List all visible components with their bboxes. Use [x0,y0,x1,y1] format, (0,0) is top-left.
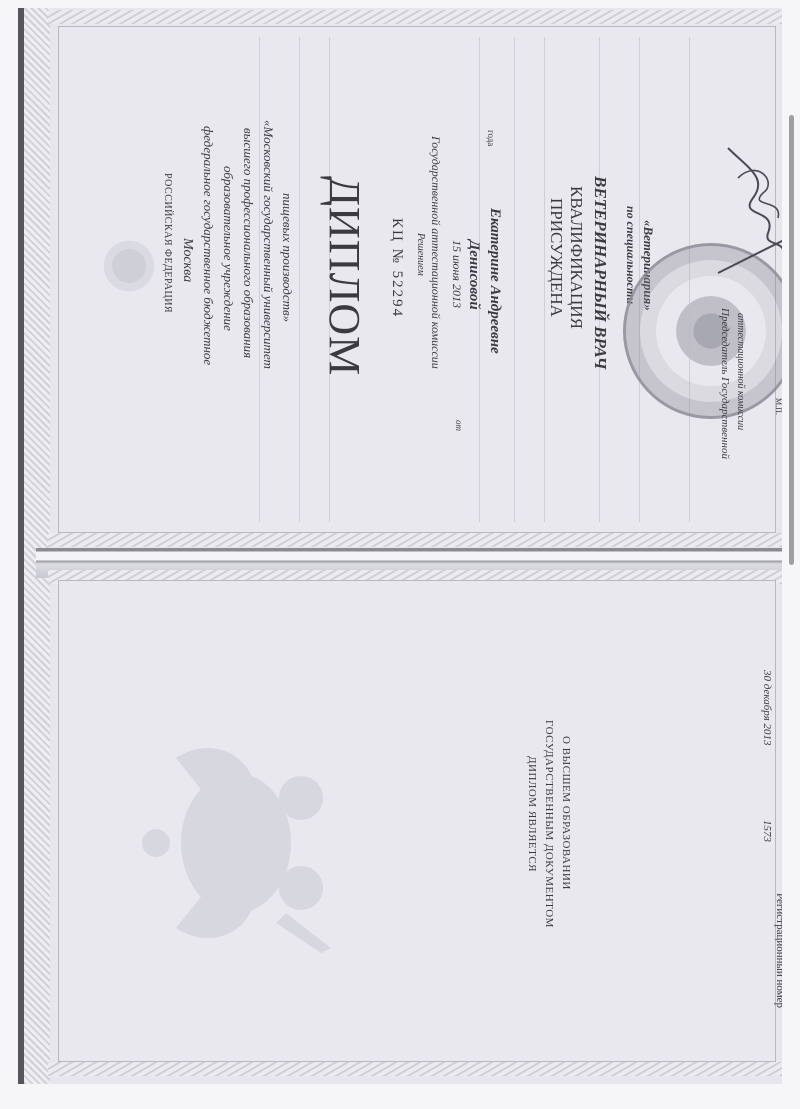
seal-mark: М.П. [774,398,782,415]
commission-label: Государственной аттестационной комиссии [428,136,443,369]
diploma-series-number: КЦ № 52294 [388,218,405,318]
qualification-label: КВАЛИФИКАЦИЯ [566,186,586,329]
date-prefix: от [454,420,464,431]
chair-label-line-2: аттестационной комиссии [735,313,746,430]
institution-line-1: федеральное государственное бюджетное [200,126,216,365]
statement-line-2: ГОСУДАРСТВЕННЫМ ДОКУМЕНТОМ [543,720,555,928]
institution-line-4: «Московский государственный университет [260,120,276,369]
bottom-ornamental-border [48,1062,782,1076]
coat-of-arms-emblem-icon [100,236,158,296]
institution-line-3: высшего профессионального образования [240,128,256,358]
institution-line-5: пищевых производств» [279,193,295,322]
institution-line-2: образовательное учреждение [220,166,236,331]
recipient-surname: Денисовой [465,240,482,310]
double-headed-eagle-watermark-icon [136,718,336,968]
date-suffix: года [486,130,496,146]
registration-number-value: 1573 [761,820,773,842]
qualification-value: ВЕТЕРИНАРНЫЙ ВРАЧ [590,176,610,369]
statement-line-1: ДИПЛОМ ЯВЛЯЕТСЯ [526,756,538,872]
mid-ornamental-border-upper [48,533,782,547]
decision-date: 15 июня 2013 [449,240,464,308]
city-label: Москва [179,238,195,282]
recipient-name: Екатерине Андреевне [486,208,503,354]
vertical-scrollbar[interactable] [789,115,794,565]
diploma-title: ДИПЛОМ [319,176,370,376]
top-ornamental-border [48,10,782,24]
statement-line-3: О ВЫСШЕМ ОБРАЗОВАНИИ [560,736,572,890]
signature [708,138,782,278]
chair-label-line-1: Председатель Государственной [719,308,731,459]
scanned-diploma: РОССИЙСКАЯ ФЕДЕРАЦИЯ Москва федеральное … [18,8,782,1084]
awarded-label: ПРИСУЖДЕНА [546,198,566,317]
country-label: РОССИЙСКАЯ ФЕДЕРАЦИЯ [162,173,173,313]
left-ornamental-border [24,8,50,1084]
decision-label: Решением [415,233,426,276]
issue-date-value: 30 декабря 2013 [761,670,773,745]
registration-number-label: Регистрационный номер [774,893,782,1008]
